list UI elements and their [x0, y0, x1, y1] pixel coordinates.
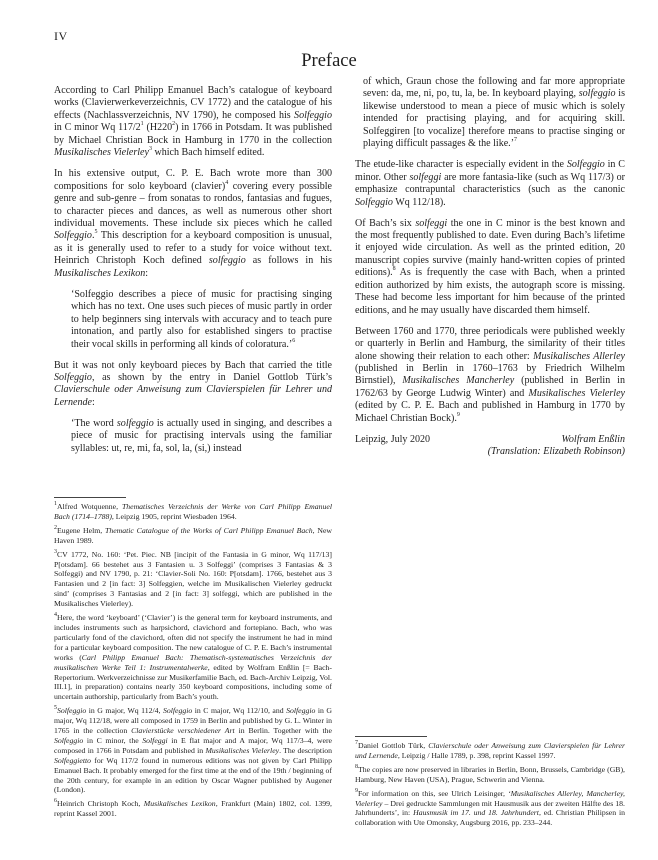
paragraph-6: Between 1760 and 1770, three periodicals…	[355, 326, 625, 426]
block-quote-turk: ‘The word solfeggio is actually used in …	[71, 418, 332, 455]
block-quote-turk-continued: of which, Graun chose the following and …	[363, 76, 625, 151]
right-column: of which, Graun chose the following and …	[355, 76, 625, 459]
footnote-ref[interactable]: 9	[457, 412, 460, 418]
footnote-ref[interactable]: 3	[149, 146, 152, 152]
page-number: IV	[54, 29, 68, 44]
paragraph-1: According to Carl Philipp Emanuel Bach’s…	[54, 85, 332, 160]
author-name: Wolfram Enßlin	[561, 434, 625, 446]
paragraph-5: Of Bach’s six solfeggi the one in C mino…	[355, 218, 625, 318]
paragraph-3: But it was not only keyboard pieces by B…	[54, 360, 332, 410]
footnote-divider	[54, 497, 126, 498]
footnotes-right: 7Daniel Gottlob Türk, Clavierschule oder…	[355, 736, 625, 832]
footnote-5: 5Solfeggio in G major, Wq 112/4, Solfegg…	[54, 706, 332, 795]
place-date: Leipzig, July 2020	[355, 434, 430, 446]
paragraph-2: In his extensive output, C. P. E. Bach w…	[54, 168, 332, 280]
page-title: Preface	[0, 51, 658, 72]
footnote-3: 3CV 1772, No. 160: ‘Pet. Piec. NB [incip…	[54, 550, 332, 609]
footnote-6: 6Heinrich Christoph Koch, Musikalisches …	[54, 799, 332, 819]
footnote-7: 7Daniel Gottlob Türk, Clavierschule oder…	[355, 741, 625, 761]
footnote-divider	[355, 736, 427, 737]
translator-credit: (Translation: Elizabeth Robinson)	[355, 446, 625, 458]
footnote-1: 1Alfred Wotquenne, Thematisches Verzeich…	[54, 502, 332, 522]
block-quote-koch: ‘Solfeggio describes a piece of music fo…	[71, 289, 332, 351]
footnote-ref[interactable]: 8	[393, 266, 396, 272]
left-column: According to Carl Philipp Emanuel Bach’s…	[54, 85, 332, 455]
footnotes-left: 1Alfred Wotquenne, Thematisches Verzeich…	[54, 497, 332, 823]
footnote-ref[interactable]: 7	[514, 137, 517, 143]
footnote-2: 2Eugene Helm, Thematic Catalogue of the …	[54, 526, 332, 546]
footnote-8: 8The copies are now preserved in librari…	[355, 765, 625, 785]
signoff: Leipzig, July 2020 Wolfram Enßlin	[355, 434, 625, 446]
footnote-ref[interactable]: 2	[172, 121, 175, 127]
paragraph-4: The etude-like character is especially e…	[355, 159, 625, 209]
footnote-ref[interactable]: 6	[292, 338, 295, 344]
footnote-ref[interactable]: 1	[141, 121, 144, 127]
footnote-ref[interactable]: 4	[225, 180, 228, 186]
footnote-4: 4Here, the word ‘keyboard’ (‘Clavier’) i…	[54, 613, 332, 702]
footnote-9: 9For information on this, see Ulrich Lei…	[355, 789, 625, 829]
